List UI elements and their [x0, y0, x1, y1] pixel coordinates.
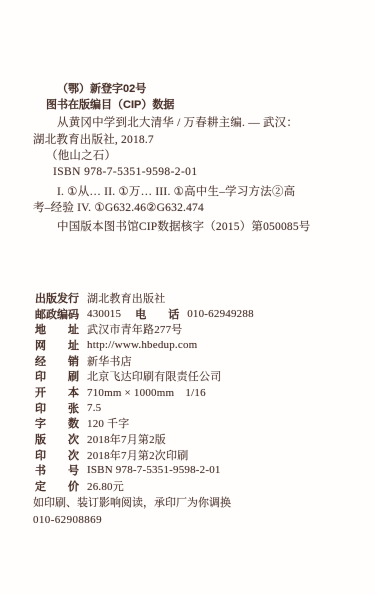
table-row-format: 开 本 710mm × 1000mm 1/16 [35, 384, 365, 400]
row-value: 北京飞达印刷有限责任公司 [87, 368, 221, 384]
row-value: 新华书店 [87, 353, 132, 369]
row-value: 湖北教育出版社 [87, 290, 165, 306]
row-label: 经 销 [35, 353, 79, 369]
cip-isbn-line: ISBN 978-7-5351-9598-2-01 [53, 166, 197, 179]
row-label: 定 价 [35, 478, 79, 494]
row-label: 地 址 [35, 321, 79, 337]
row-label: 版 次 [35, 431, 79, 447]
row-label: 印 刷 [35, 368, 79, 384]
cip-title-line: 从黄冈中学到北大清华 / 万春耕主编. — 武汉： [57, 117, 298, 130]
table-row-website: 网 址 http://www.hbedup.com [35, 337, 365, 353]
row-label: 邮政编码 [35, 306, 79, 322]
row-value: ISBN 978-7-5351-9598-2-01 [87, 464, 221, 476]
row-value: 2018年7月第2次印刷 [87, 447, 188, 463]
exchange-notice: 如印刷、装订影响阅读，承印厂为你调换 [33, 497, 231, 509]
row-value: 710mm × 1000mm 1/16 [87, 384, 206, 400]
table-row-address: 地 址 武汉市青年路277号 [35, 321, 365, 337]
exchange-phone: 010-62908869 [33, 514, 102, 526]
row-value: 武汉市青年路277号 [87, 321, 183, 337]
cip-publisher-line: 湖北教育出版社, 2018.7 [33, 134, 154, 147]
row-label: 书 号 [35, 462, 79, 478]
row-value: http://www.hbedup.com [87, 339, 197, 351]
table-row-edition: 版 次 2018年7月第2版 [35, 431, 365, 447]
cip-series-line: （他山之石） [46, 150, 116, 163]
row-label: 印 次 [35, 447, 79, 463]
table-row-price: 定 价 26.80元 [35, 478, 365, 494]
row-label: 网 址 [35, 337, 79, 353]
cip-record-number: 中国版本图书馆CIP数据核字（2015）第050085号 [57, 221, 311, 234]
cip-classification-line-1: I. ①从… II. ①万… III. ①高中生–学习方法②高 [57, 186, 295, 199]
table-row-sheets: 印 张 7.5 [35, 400, 365, 416]
table-row-distributor: 经 销 新华书店 [35, 353, 365, 369]
row-label: 印 张 [35, 400, 79, 416]
row-value: 2018年7月第2版 [87, 431, 166, 447]
table-row-printer: 印 刷 北京飞达印刷有限责任公司 [35, 368, 365, 384]
row-label: 出版发行 [35, 290, 79, 306]
row-value: 430015 [87, 308, 121, 320]
phone-value: 010-62949288 [187, 308, 254, 320]
table-row-isbn: 书 号 ISBN 978-7-5351-9598-2-01 [35, 463, 365, 479]
table-row-postcode-phone: 邮政编码 430015 电 话 010-62949288 [35, 306, 365, 322]
table-row-impression: 印 次 2018年7月第2次印刷 [35, 447, 365, 463]
table-row-wordcount: 字 数 120 千字 [35, 416, 365, 432]
registration-number: （鄂）新登字02号 [57, 83, 146, 95]
cip-heading: 图书在版编目（CIP）数据 [46, 99, 174, 111]
phone-label: 电 话 [135, 306, 179, 322]
book-colophon-page: （鄂）新登字02号 图书在版编目（CIP）数据 从黄冈中学到北大清华 / 万春耕… [0, 0, 375, 595]
row-label: 开 本 [35, 384, 79, 400]
publication-info-table: 出版发行 湖北教育出版社 邮政编码 430015 电 话 010-6294928… [35, 290, 365, 494]
table-row-publisher: 出版发行 湖北教育出版社 [35, 290, 365, 306]
row-label: 字 数 [35, 415, 79, 431]
row-value: 7.5 [87, 402, 101, 414]
row-value: 120 千字 [87, 415, 129, 431]
row-value: 26.80元 [87, 478, 124, 494]
cip-classification-line-2: 考–经验 IV. ①G632.46②G632.474 [33, 202, 204, 215]
